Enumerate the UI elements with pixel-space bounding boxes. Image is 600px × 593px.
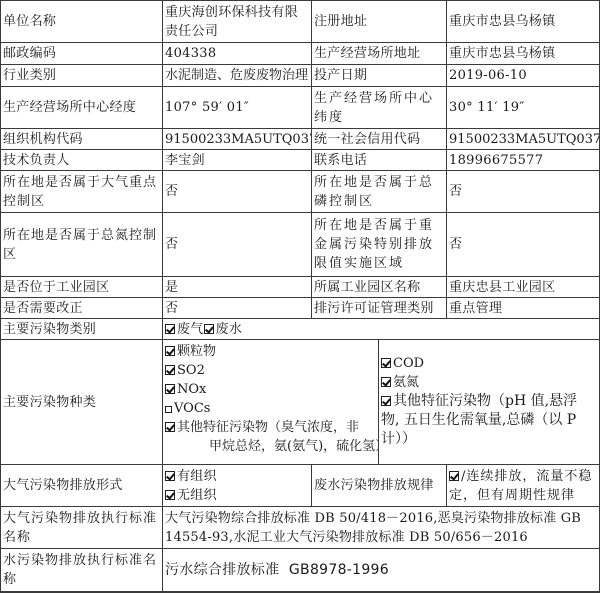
value-latitude: 30° 11′ 19″ — [446, 86, 600, 129]
checkbox-unorganized-emission[interactable] — [165, 490, 175, 500]
value-industry: 水泥制造、危废废物治理 — [162, 64, 312, 87]
checkbox-other-water-pollutants[interactable] — [381, 396, 391, 406]
checkbox-so2[interactable] — [165, 365, 175, 375]
value-in-industrial-park: 是 — [162, 276, 312, 298]
label-site-address: 生产经营场所地址 — [311, 42, 447, 65]
label-needs-rectification: 是否需要改正 — [0, 297, 163, 319]
label-registered-address: 注册地址 — [311, 0, 447, 43]
label-in-industrial-park: 是否位于工业园区 — [0, 276, 163, 298]
label-phone: 联系电话 — [311, 149, 447, 171]
label-air-standard: 大气污染物排放执行标准名称 — [0, 506, 163, 549]
value-pollutant-category: 废气废水 — [162, 318, 600, 340]
value-registered-address: 重庆市忠县乌杨镇 — [446, 0, 600, 43]
enterprise-info-table: 单位名称 重庆海创环保科技有限责任公司 注册地址 重庆市忠县乌杨镇 邮政编码 4… — [0, 0, 600, 593]
label-nitrogen-zone: 所在地是否属于总氮控制区 — [0, 212, 163, 277]
value-site-address: 重庆市忠县乌杨镇 — [446, 42, 600, 65]
checkbox-ammonia-nitrogen[interactable] — [381, 377, 391, 387]
air-pollutant-list: 颗粒物 SO2 NOx VOCs 其他特征污染物（臭气浓度，非 甲烷总烃，氨(氨… — [162, 339, 379, 465]
value-postal-code: 404338 — [162, 42, 312, 65]
label-permit-category: 排污许可证管理类别 — [311, 297, 447, 319]
value-air-key-zone: 否 — [162, 170, 312, 213]
value-phosphorus-zone: 否 — [446, 170, 600, 213]
label-pollutant-types: 主要污染物种类 — [0, 339, 163, 465]
checkbox-continuous-discharge[interactable] — [449, 471, 459, 481]
value-start-date: 2019-06-10 — [446, 64, 600, 87]
checkbox-organized-emission[interactable] — [165, 471, 175, 481]
label-air-discharge-form: 大气污染物排放形式 — [0, 464, 163, 507]
value-park-name: 重庆忠县工业园区 — [446, 276, 600, 298]
label-water-discharge-pattern: 废水污染物排放规律 — [311, 464, 447, 507]
label-latitude: 生产经营场所中心纬度 — [311, 86, 447, 129]
label-start-date: 投产日期 — [311, 64, 447, 87]
label-pollutant-category: 主要污染物类别 — [0, 318, 163, 340]
label-industry: 行业类别 — [0, 64, 163, 87]
checkbox-cod[interactable] — [381, 358, 391, 368]
label-longitude: 生产经营场所中心经度 — [0, 86, 163, 129]
value-water-discharge-pattern: /连续排放，流量不稳 定，但有周期性规律 — [446, 464, 600, 507]
value-org-code: 91500233MA5UTQ037G — [162, 128, 312, 150]
label-air-key-zone: 所在地是否属于大气重点控制区 — [0, 170, 163, 213]
value-unit-name: 重庆海创环保科技有限责任公司 — [162, 0, 312, 43]
label-park-name: 所属工业园区名称 — [311, 276, 447, 298]
label-postal-code: 邮政编码 — [0, 42, 163, 65]
label-phosphorus-zone: 所在地是否属于总磷控制区 — [311, 170, 447, 213]
value-phone: 18996675577 — [446, 149, 600, 171]
label-credit-code: 统一社会信用代码 — [311, 128, 447, 150]
checkbox-nox[interactable] — [165, 384, 175, 394]
water-pollutant-list: COD 氨氮 其他特征污染物（pH 值,悬浮 物, 五日生化需氧量,总磷（以 P… — [378, 339, 600, 465]
label-tech-lead: 技术负责人 — [0, 149, 163, 171]
value-air-discharge-form: 有组织 无组织 — [162, 464, 312, 507]
value-nitrogen-zone: 否 — [162, 212, 312, 277]
checkbox-particulate[interactable] — [165, 346, 175, 356]
label-org-code: 组织机构代码 — [0, 128, 163, 150]
label-heavy-metal-zone: 所在地是否属于重金属污染特别排放限值实施区域 — [311, 212, 447, 277]
value-needs-rectification: 否 — [162, 297, 312, 319]
label-unit-name: 单位名称 — [0, 0, 163, 43]
value-permit-category: 重点管理 — [446, 297, 600, 319]
label-water-standard: 水污染物排放执行标准名称 — [0, 548, 163, 593]
value-tech-lead: 李宝剑 — [162, 149, 312, 171]
checkbox-vocs[interactable] — [165, 406, 172, 413]
checkbox-waste-gas[interactable] — [165, 324, 175, 334]
value-credit-code: 91500233MA5UTQ037G — [446, 128, 600, 150]
checkbox-other-air-pollutants[interactable] — [165, 422, 175, 432]
value-longitude: 107° 59′ 01″ — [162, 86, 312, 129]
checkbox-waste-water[interactable] — [204, 324, 214, 334]
value-air-standard: 大气污染物综合排放标准 DB 50/418－2016,恶臭污染物排放标准 GB … — [162, 506, 600, 549]
value-heavy-metal-zone: 否 — [446, 212, 600, 277]
value-water-standard: 污水综合排放标准 GB8978-1996 — [162, 548, 600, 593]
